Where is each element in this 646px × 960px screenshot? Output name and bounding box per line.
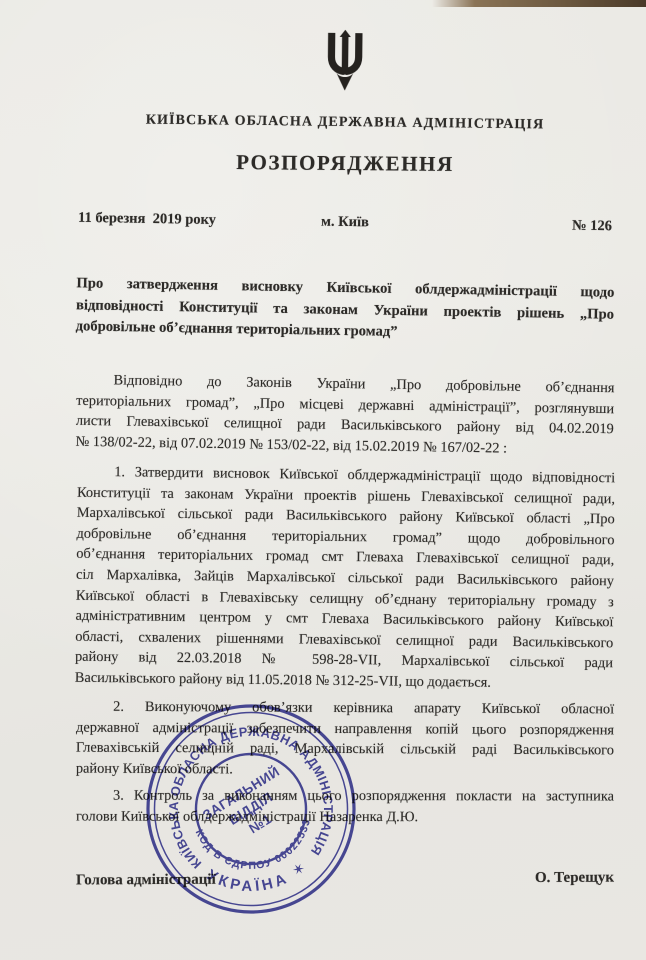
- subject-paragraph: Про затвердження висновку Київської облд…: [75, 273, 614, 347]
- official-round-stamp: КИЇВСЬКА ОБЛАСНА ДЕРЖАВНА АДМІНІСТРАЦІЯ …: [108, 666, 394, 952]
- stamp-inner-text: ЗАГАЛЬНИЙ ВІДДІЛ №1: [200, 764, 301, 854]
- document-type-title: РОЗПОРЯДЖЕННЯ: [76, 148, 614, 179]
- organization-name: КИЇВСЬКА ОБЛАСНА ДЕРЖАВНА АДМІНІСТРАЦІЯ: [76, 111, 614, 136]
- item-1-paragraph: 1. Затвердити висновок Київської облдерж…: [75, 462, 616, 695]
- signer-name: О. Терещук: [535, 870, 614, 887]
- intro-paragraph: Відповідно до Законів України „Про добро…: [75, 369, 614, 460]
- ukraine-trident-emblem: [76, 25, 615, 102]
- document-number: № 126: [572, 218, 612, 236]
- document-place: м. Київ: [76, 210, 614, 235]
- document-page: КИЇВСЬКА ОБЛАСНА ДЕРЖАВНА АДМІНІСТРАЦІЯ …: [0, 0, 646, 960]
- date-row: 11 березня 2019 року м. Київ № 126: [76, 210, 614, 238]
